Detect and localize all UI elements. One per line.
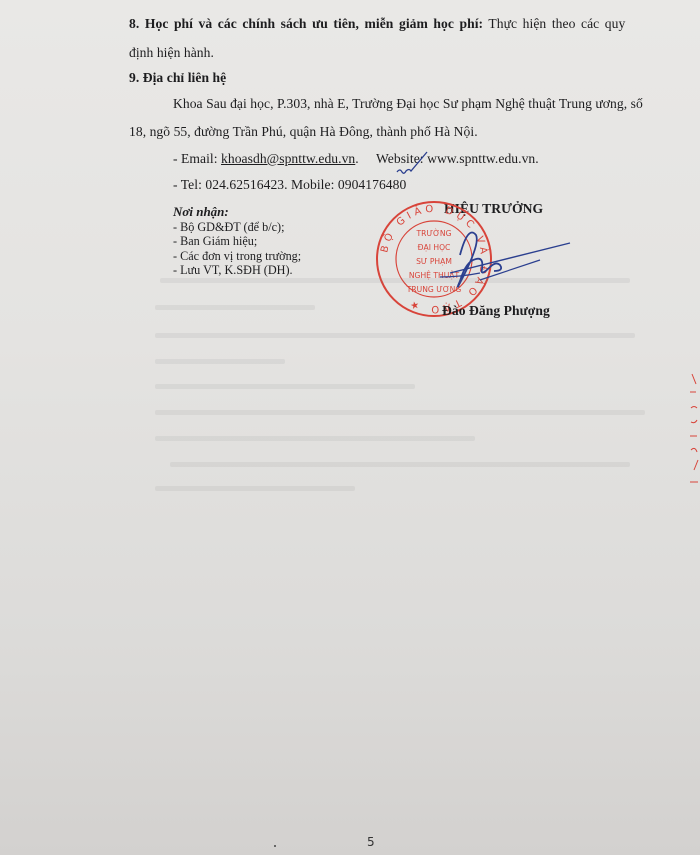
speck [274, 845, 276, 847]
tel-line: - Tel: 024.62516423. Mobile: 0904176480 [173, 177, 406, 193]
section-8-line: 8. Học phí và các chính sách ưu tiên, mi… [129, 16, 625, 32]
page-number: 5 [367, 835, 375, 849]
recipient-item: - Các đơn vị trong trường; [173, 249, 301, 264]
initial-checkmark-icon [395, 150, 435, 180]
email-line: - Email: khoasdh@spnttw.edu.vn. [173, 151, 359, 167]
email-link[interactable]: khoasdh@spnttw.edu.vn [221, 151, 355, 166]
address-line-1: Khoa Sau đại học, P.303, nhà E, Trường Đ… [173, 96, 643, 112]
signature-scribble-icon [420, 225, 590, 305]
recipients-block: Nơi nhận: - Bộ GD&ĐT (để b/c); - Ban Giá… [173, 205, 301, 278]
recipient-item: - Ban Giám hiệu; [173, 234, 301, 249]
stamp-fragment-icon [686, 370, 700, 490]
document-page: 8. Học phí và các chính sách ưu tiên, mi… [0, 0, 700, 855]
address-line-2: 18, ngõ 55, đường Trần Phú, quận Hà Đông… [129, 124, 478, 140]
section-8-continuation: định hiện hành. [129, 45, 214, 61]
recipient-item: - Bộ GD&ĐT (để b/c); [173, 220, 301, 235]
section-8-heading: 8. Học phí và các chính sách ưu tiên, mi… [129, 16, 483, 31]
section-9-heading: 9. Địa chỉ liên hệ [129, 70, 226, 86]
recipients-title: Nơi nhận: [173, 205, 301, 220]
section-8-text: Thực hiện theo các quy [483, 16, 625, 31]
email-label: - Email: [173, 151, 221, 166]
signer-name: Đào Đăng Phượng [442, 303, 550, 319]
recipient-item: - Lưu VT, K.SĐH (DH). [173, 263, 301, 278]
email-suffix: . [355, 151, 358, 166]
